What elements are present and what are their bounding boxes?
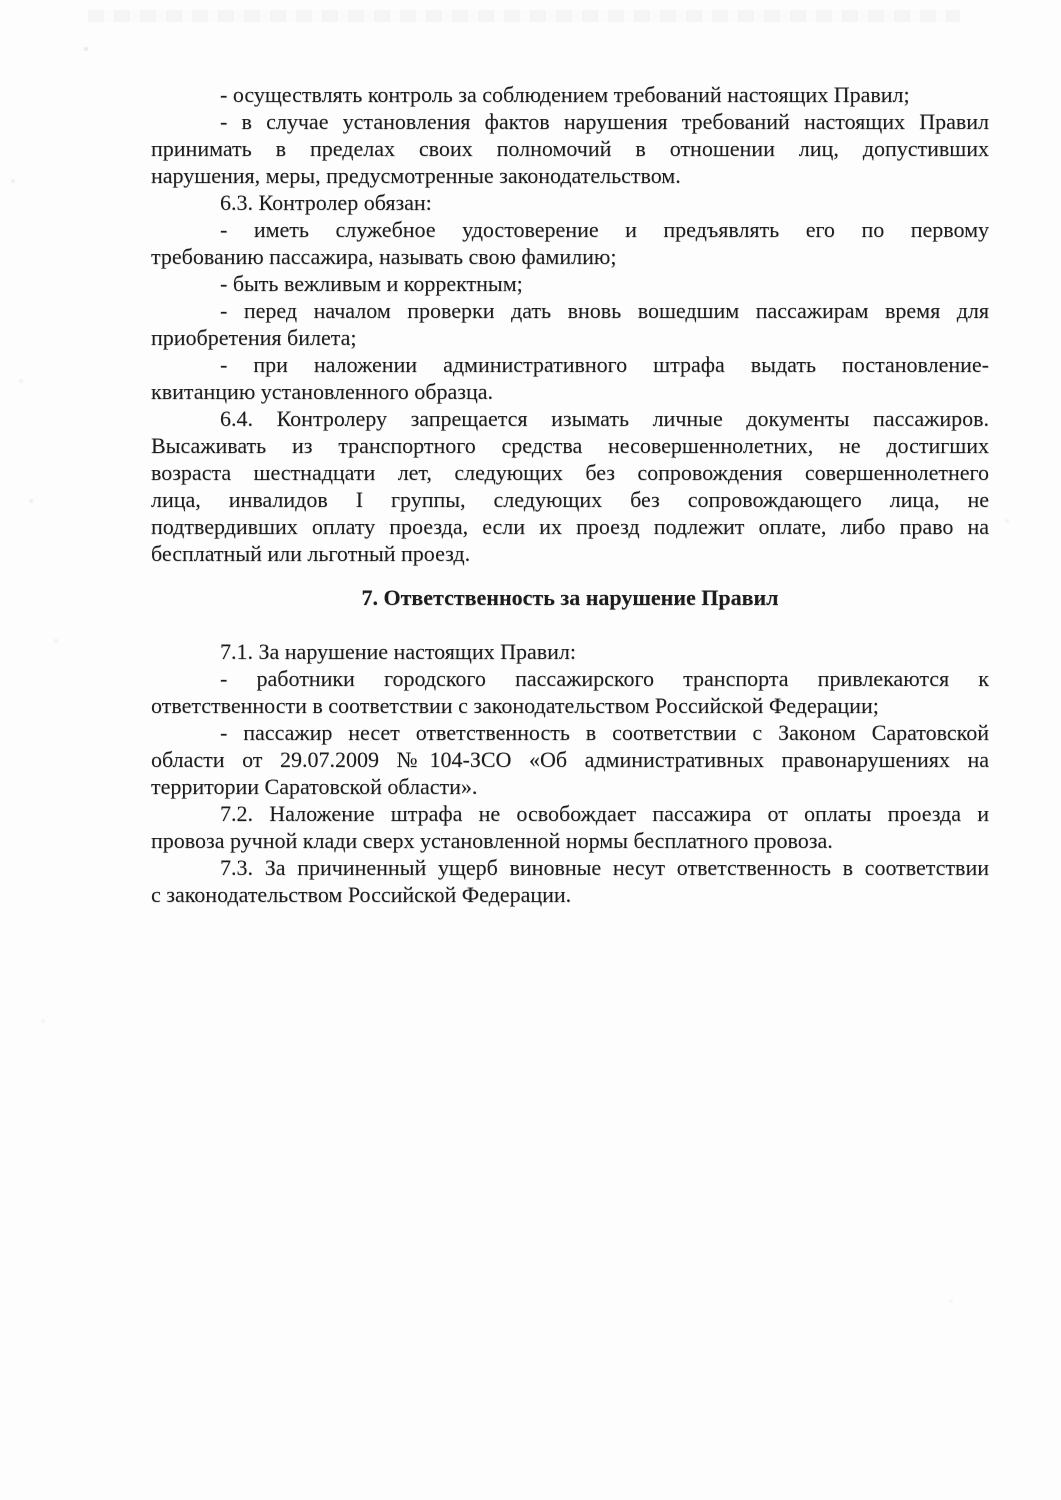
paragraph: - в случае установления фактов нарушения…	[151, 108, 989, 189]
paragraph: 6.3. Контролер обязан:	[151, 189, 989, 216]
scanned-page: { "page": { "paper_color": "#fdfdfd", "i…	[0, 0, 1061, 1500]
text-line: лица, инвалидов I группы, следующих без …	[151, 486, 989, 513]
document-page: - осуществлять контроль за соблюдением т…	[0, 0, 1061, 1500]
scan-noise-speckles	[0, 0, 2, 2]
text-line: - в случае установления фактов нарушения…	[151, 108, 989, 135]
text-line: - перед началом проверки дать вновь воше…	[151, 297, 989, 324]
paragraph: 7.3. За причиненный ущерб виновные несут…	[151, 854, 989, 908]
text-line: 6.4. Контролеру запрещается изымать личн…	[151, 405, 989, 432]
text-line: 7.3. За причиненный ущерб виновные несут…	[151, 854, 989, 881]
paragraph: - быть вежливым и корректным;	[151, 270, 989, 297]
text-line: - осуществлять контроль за соблюдением т…	[151, 81, 989, 108]
text-line: бесплатный или льготный проезд.	[151, 540, 989, 567]
paragraph: - перед началом проверки дать вновь воше…	[151, 297, 989, 351]
paragraph: - иметь служебное удостоверение и предъя…	[151, 216, 989, 270]
text-line: 6.3. Контролер обязан:	[151, 189, 989, 216]
paragraph: 7.2. Наложение штрафа не освобождает пас…	[151, 800, 989, 854]
text-line: территории Саратовской области».	[151, 773, 989, 800]
text-line: приобретения билета;	[151, 324, 989, 351]
document-text: - осуществлять контроль за соблюдением т…	[151, 81, 989, 908]
text-line: 7.1. За нарушение настоящих Правил:	[151, 638, 989, 665]
text-line: требованию пассажира, называть свою фами…	[151, 243, 989, 270]
section-heading: 7. Ответственность за нарушение Правил	[151, 584, 989, 611]
text-line: с законодательством Российской Федерации…	[151, 881, 989, 908]
text-line: области от 29.07.2009 №104-ЗСО «Об админ…	[151, 746, 989, 773]
text-line: - быть вежливым и корректным;	[151, 270, 989, 297]
text-line: - пассажир несет ответственность в соотв…	[151, 719, 989, 746]
text-line: возраста шестнадцати лет, следующих без …	[151, 459, 989, 486]
paragraph: 6.4. Контролеру запрещается изымать личн…	[151, 405, 989, 567]
text-line: подтвердивших оплату проезда, если их пр…	[151, 513, 989, 540]
text-line: принимать в пределах своих полномочий в …	[151, 135, 989, 162]
paragraph: - пассажир несет ответственность в соотв…	[151, 719, 989, 800]
text-line: квитанцию установленного образца.	[151, 378, 989, 405]
paragraph: 7.1. За нарушение настоящих Правил:	[151, 638, 989, 665]
text-line: - при наложении административного штрафа…	[151, 351, 989, 378]
text-line: Высаживать из транспортного средства нес…	[151, 432, 989, 459]
paragraph: - осуществлять контроль за соблюдением т…	[151, 81, 989, 108]
text-line: 7.2. Наложение штрафа не освобождает пас…	[151, 800, 989, 827]
text-line: провоза ручной клади сверх установленной…	[151, 827, 989, 854]
scan-artifact-band	[88, 10, 960, 22]
paragraph: - работники городского пассажирского тра…	[151, 665, 989, 719]
paragraph: - при наложении административного штрафа…	[151, 351, 989, 405]
text-line: ответственности в соответствии с законод…	[151, 692, 989, 719]
text-line: - работники городского пассажирского тра…	[151, 665, 989, 692]
text-line: нарушения, меры, предусмотренные законод…	[151, 162, 989, 189]
text-line: - иметь служебное удостоверение и предъя…	[151, 216, 989, 243]
